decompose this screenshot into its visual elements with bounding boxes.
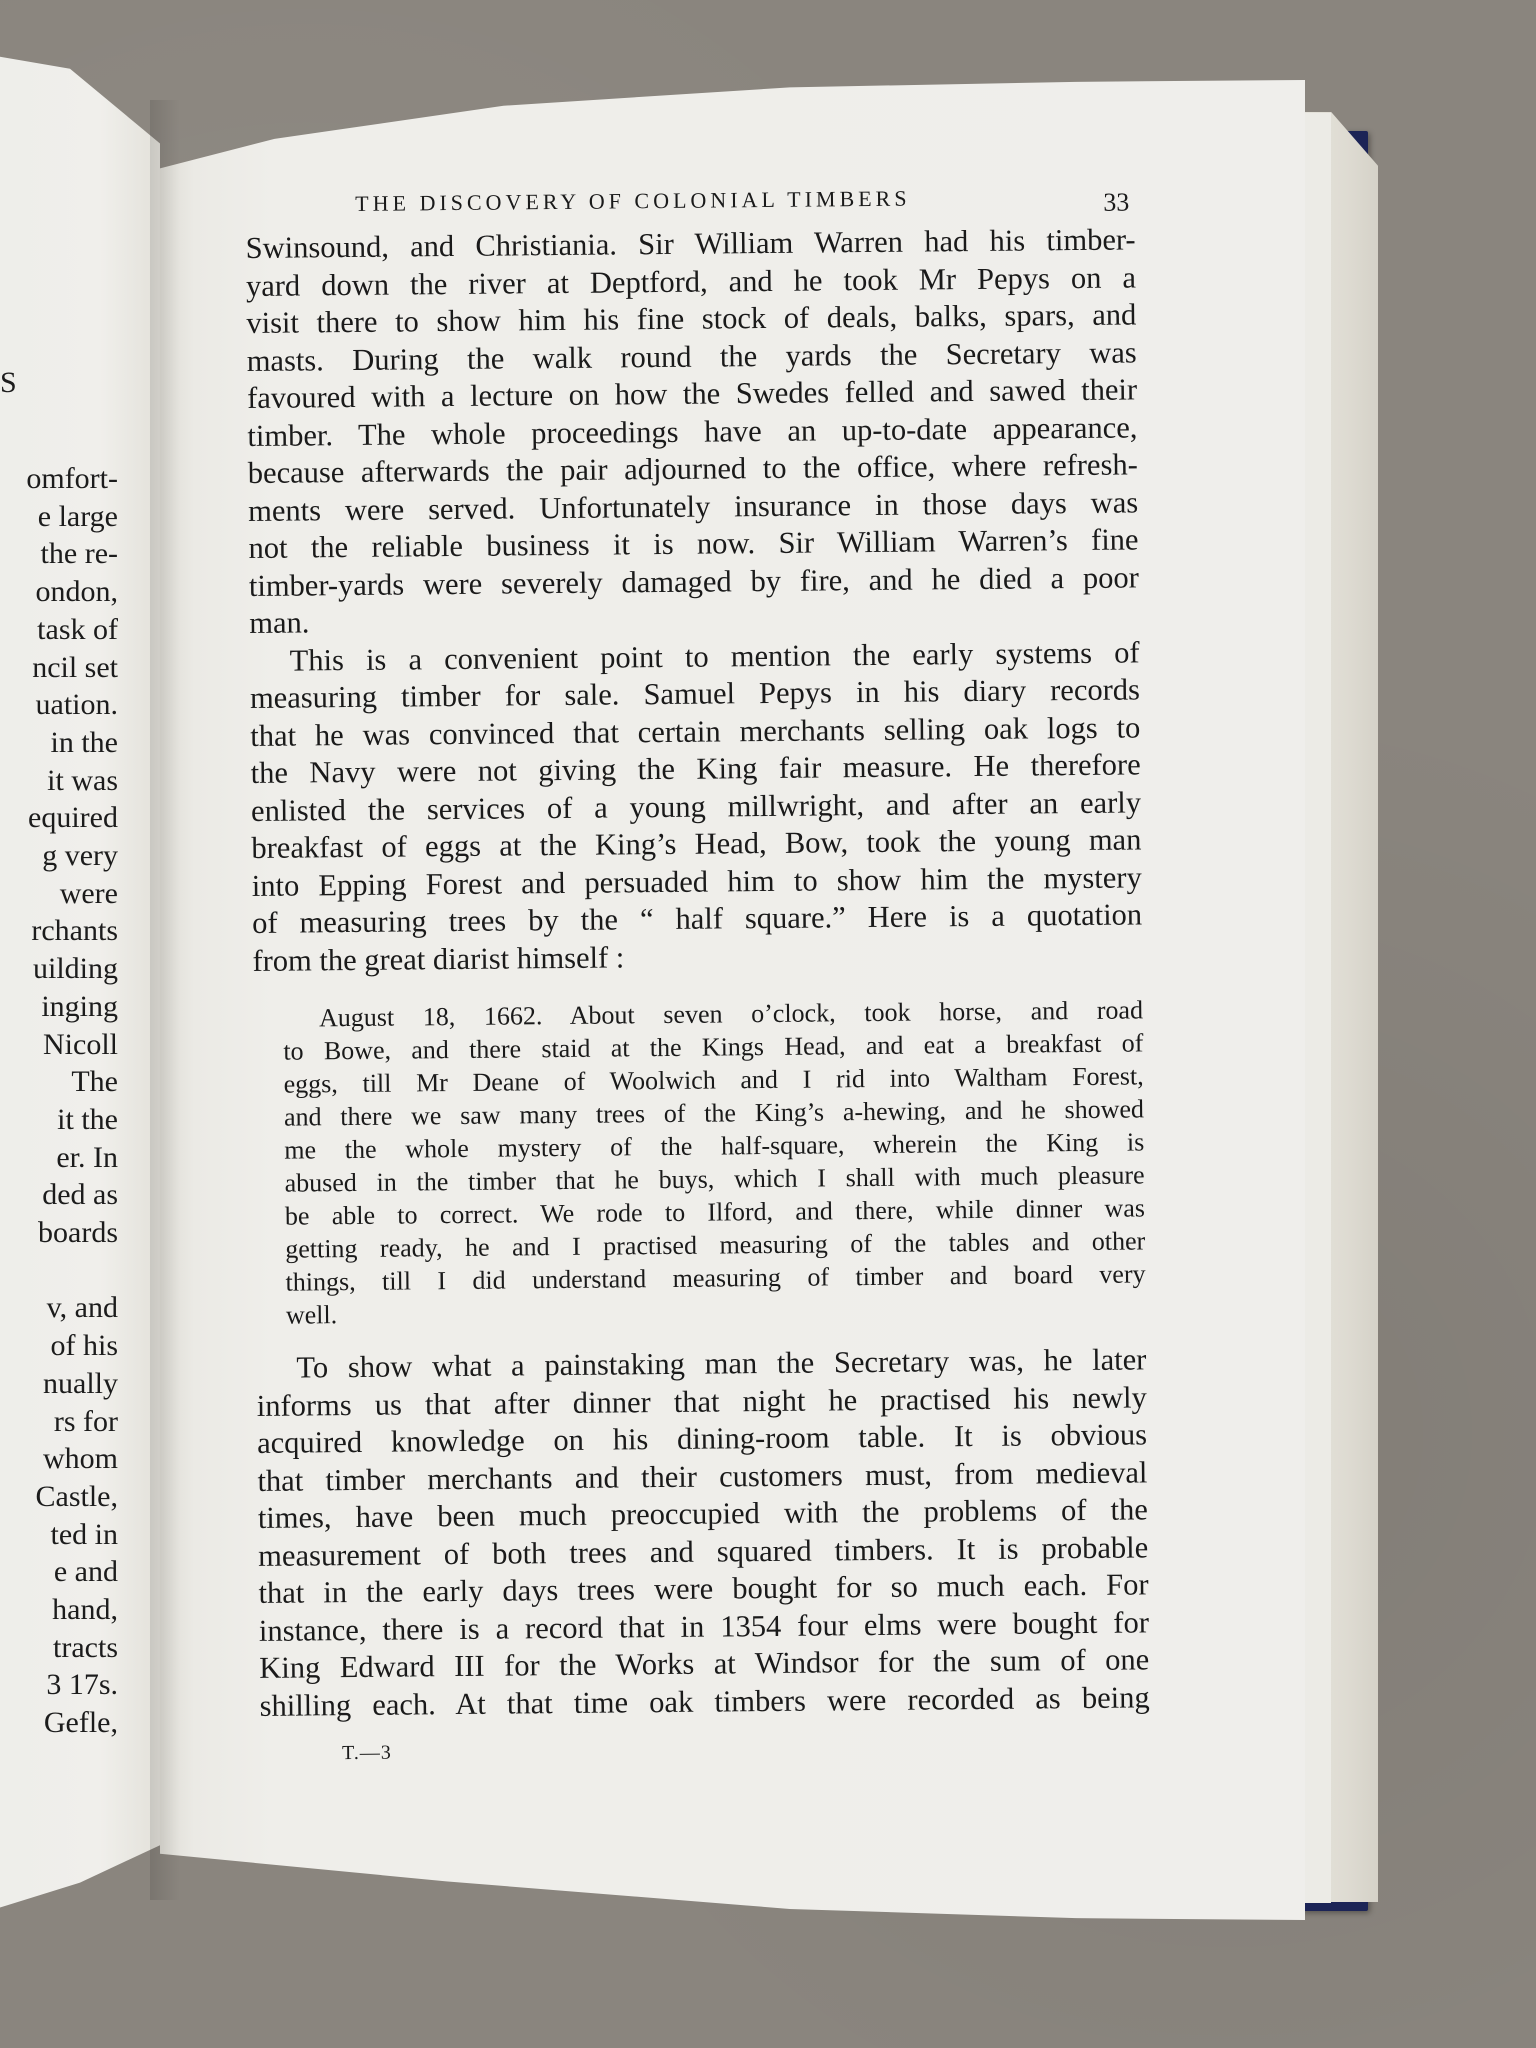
paragraph-1: Swinsound, and Christiania. Sir William … <box>245 221 1139 642</box>
gutter-shadow <box>150 100 180 1900</box>
left-page-line-fragment: it was <box>47 764 118 798</box>
right-page-content: THE DISCOVERY OF COLONIAL TIMBERS 33 Swi… <box>245 171 1150 1765</box>
left-page-line-fragment: ded as <box>42 1178 118 1212</box>
left-page-line-fragment: The <box>71 1065 118 1099</box>
left-page-line-fragment: nually <box>43 1367 118 1401</box>
left-page-line-fragment: the re- <box>41 537 118 571</box>
left-page-line-fragment: equired <box>28 801 118 835</box>
left-page-line-fragment: hand, <box>52 1593 118 1627</box>
left-page-line-fragment: 3 17s. <box>46 1668 118 1702</box>
left-page-line-fragment: Nicoll <box>43 1028 118 1062</box>
left-page-line-fragment: boards <box>38 1216 118 1250</box>
left-page-line-fragment: rchants <box>31 914 118 948</box>
left-page-line-fragment: uilding <box>33 952 118 986</box>
left-page-line-fragment: rs for <box>54 1405 118 1439</box>
page-number: 33 <box>1103 188 1129 218</box>
left-page-line-fragment: whom <box>43 1442 118 1476</box>
running-head: THE DISCOVERY OF COLONIAL TIMBERS 33 <box>245 171 1135 230</box>
left-page-line-fragment: uation. <box>36 688 119 722</box>
left-page-line-fragment: v, and <box>47 1291 118 1325</box>
left-page-line-fragment: in the <box>51 726 119 760</box>
left-page-line-fragment: task of <box>37 613 118 647</box>
left-page-text-fragments: omfort-e largethe re-ondon,task ofncil s… <box>0 50 118 1920</box>
text-line: from the great diarist himself : <box>252 934 1142 980</box>
running-title: THE DISCOVERY OF COLONIAL TIMBERS <box>355 186 911 217</box>
left-page-line-fragment: tracts <box>53 1631 118 1665</box>
left-page-line-fragment: ted in <box>51 1518 119 1552</box>
left-page-line-fragment: g very <box>42 839 118 873</box>
left-page-line-fragment: Gefle, <box>44 1706 118 1740</box>
left-page: S omfort-e largethe re-ondon,task ofncil… <box>0 50 160 1920</box>
left-page-line-fragment: ondon, <box>36 575 119 609</box>
left-page-line-fragment: inging <box>41 990 118 1024</box>
left-page-line-fragment: ncil set <box>32 651 118 685</box>
paragraph-2: This is a convenient point to mention th… <box>249 634 1142 980</box>
left-page-line-fragment: were <box>60 877 118 911</box>
left-page-line-fragment: it the <box>57 1103 118 1137</box>
diary-quotation: August 18, 1662. About seven o’clock, to… <box>283 993 1146 1331</box>
left-page-line-fragment: Castle, <box>36 1480 119 1514</box>
left-page-line-fragment: e and <box>54 1555 118 1589</box>
left-page-line-fragment: of his <box>51 1329 119 1363</box>
left-page-line-fragment: er. In <box>56 1141 118 1175</box>
left-page-line-fragment: omfort- <box>26 462 118 496</box>
left-page-line-fragment: e large <box>38 500 118 534</box>
text-line: shilling each. At that time oak timbers … <box>259 1679 1149 1725</box>
paragraph-3: To show what a painstaking man the Secre… <box>256 1341 1150 1725</box>
book-photo-scene: S omfort-e largethe re-ondon,task ofncil… <box>0 0 1536 2048</box>
